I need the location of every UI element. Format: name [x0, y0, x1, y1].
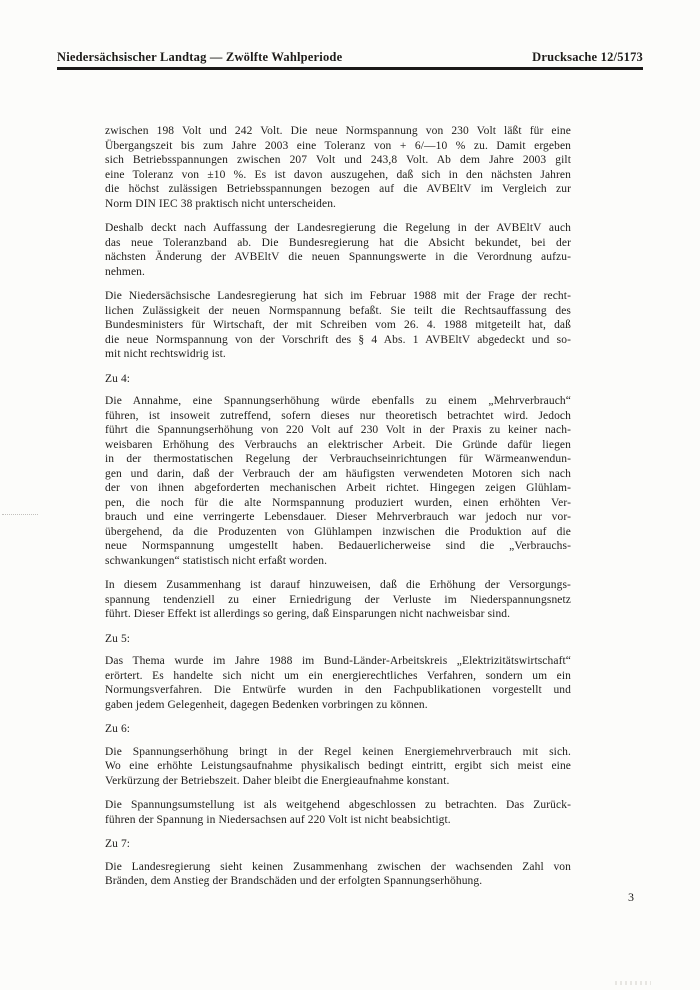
- header-rule: [57, 67, 643, 70]
- text-line: Übergangszeit bis zum Jahre 2003 eine To…: [105, 139, 571, 154]
- text-line: Die Annahme, eine Spannungserhöhung würd…: [105, 394, 571, 409]
- text-line: die höchst zulässigen Betriebsspannungen…: [105, 182, 571, 197]
- text-line: mit nicht rechtswidrig ist.: [105, 347, 571, 362]
- text-line: übergehend, da die Produzenten von Glühl…: [105, 525, 571, 540]
- text-line: der von ihnen abgeforderten mechanischen…: [105, 481, 571, 496]
- text-line: das neue Toleranzband ab. Die Bundesregi…: [105, 236, 571, 251]
- document-body: zwischen 198 Volt und 242 Volt. Die neue…: [105, 124, 571, 899]
- header-left-title: Niedersächsischer Landtag — Zwölfte Wahl…: [57, 50, 342, 65]
- text-line: sich Betriebsspannungen zwischen 207 Vol…: [105, 153, 571, 168]
- text-line: zwischen 198 Volt und 242 Volt. Die neue…: [105, 124, 571, 139]
- text-line: führen der Spannung in Niedersachsen auf…: [105, 813, 571, 828]
- paragraph: Die Annahme, eine Spannungserhöhung würd…: [105, 394, 571, 568]
- text-line: eine Toleranz von ±10 %. Es ist davon au…: [105, 168, 571, 183]
- document-page: Niedersächsischer Landtag — Zwölfte Wahl…: [0, 0, 700, 990]
- text-line: Die Spannungsumstellung ist als weitgehe…: [105, 798, 571, 813]
- text-line: brauch und eine verringerte Lebensdauer.…: [105, 510, 571, 525]
- text-line: erörtert. Es handelte sich nicht um ein …: [105, 669, 571, 684]
- text-line: Das Thema wurde im Jahre 1988 im Bund-Lä…: [105, 654, 571, 669]
- paragraph: zwischen 198 Volt und 242 Volt. Die neue…: [105, 124, 571, 211]
- header-right-title: Drucksache 12/5173: [532, 50, 643, 65]
- text-line: Wo eine erhöhte Leistungsaufnahme physik…: [105, 759, 571, 774]
- text-line: in der thermostatischen Regelung der Ver…: [105, 452, 571, 467]
- scan-artifact-margin: [2, 514, 38, 517]
- paragraph: Das Thema wurde im Jahre 1988 im Bund-Lä…: [105, 654, 571, 712]
- section-heading: Zu 6:: [105, 722, 571, 737]
- paragraph: In diesem Zusammenhang ist darauf hinzuw…: [105, 578, 571, 622]
- text-line: Verkürzung der Betriebszeit. Daher bleib…: [105, 774, 571, 789]
- text-line: Bränden, dem Anstieg der Brandschäden un…: [105, 874, 571, 889]
- section-heading: Zu 4:: [105, 372, 571, 387]
- text-line: nächsten Änderung der AVBEltV die neuen …: [105, 250, 571, 265]
- text-line: führt die Spannungserhöhung von 220 Volt…: [105, 423, 571, 438]
- text-line: neue Normspannung umgestellt haben. Beda…: [105, 539, 571, 554]
- paragraph: Die Spannungserhöhung bringt in der Rege…: [105, 745, 571, 789]
- text-line: schwankungen“ statistisch nicht erfaßt w…: [105, 554, 571, 569]
- text-line: die neue Normspannung von der Vorschrift…: [105, 333, 571, 348]
- text-line: gen und darin, daß der Verbrauch der am …: [105, 467, 571, 482]
- section-heading: Zu 7:: [105, 837, 571, 852]
- document-header: Niedersächsischer Landtag — Zwölfte Wahl…: [57, 50, 643, 65]
- text-line: Deshalb deckt nach Auffassung der Landes…: [105, 221, 571, 236]
- section-heading: Zu 5:: [105, 632, 571, 647]
- text-line: Bundesministers für Wirtschaft, der mit …: [105, 318, 571, 333]
- text-line: Die Landesregierung sieht keinen Zusamme…: [105, 860, 571, 875]
- text-line: spannung tendenziell zu einer Erniedrigu…: [105, 593, 571, 608]
- paragraph: Deshalb deckt nach Auffassung der Landes…: [105, 221, 571, 279]
- paragraph: Die Spannungsumstellung ist als weitgehe…: [105, 798, 571, 827]
- text-line: führen, ist insoweit zutreffend, sofern …: [105, 409, 571, 424]
- text-line: führt. Dieser Effekt ist allerdings so g…: [105, 607, 571, 622]
- text-line: Die Niedersächsische Landesregierung hat…: [105, 289, 571, 304]
- text-line: In diesem Zusammenhang ist darauf hinzuw…: [105, 578, 571, 593]
- text-line: nehmen.: [105, 265, 571, 280]
- paragraph: Die Niedersächsische Landesregierung hat…: [105, 289, 571, 362]
- text-line: gaben jedem Gelegenheit, dagegen Bedenke…: [105, 698, 571, 713]
- page-number: 3: [628, 890, 634, 905]
- text-line: lichen Zulässigkeit der neuen Normspannu…: [105, 304, 571, 319]
- text-line: Normungsverfahren. Die Entwürfe wurden i…: [105, 683, 571, 698]
- text-line: Die Spannungserhöhung bringt in der Rege…: [105, 745, 571, 760]
- paragraph: Die Landesregierung sieht keinen Zusamme…: [105, 860, 571, 889]
- text-line: pen, die noch für die alte Normspannung …: [105, 496, 571, 511]
- text-line: weisbaren Erhöhung des Verbrauchs an ele…: [105, 438, 571, 453]
- text-line: Norm DIN IEC 38 praktisch nicht untersch…: [105, 197, 571, 212]
- scan-artifact-bottom: [615, 981, 651, 985]
